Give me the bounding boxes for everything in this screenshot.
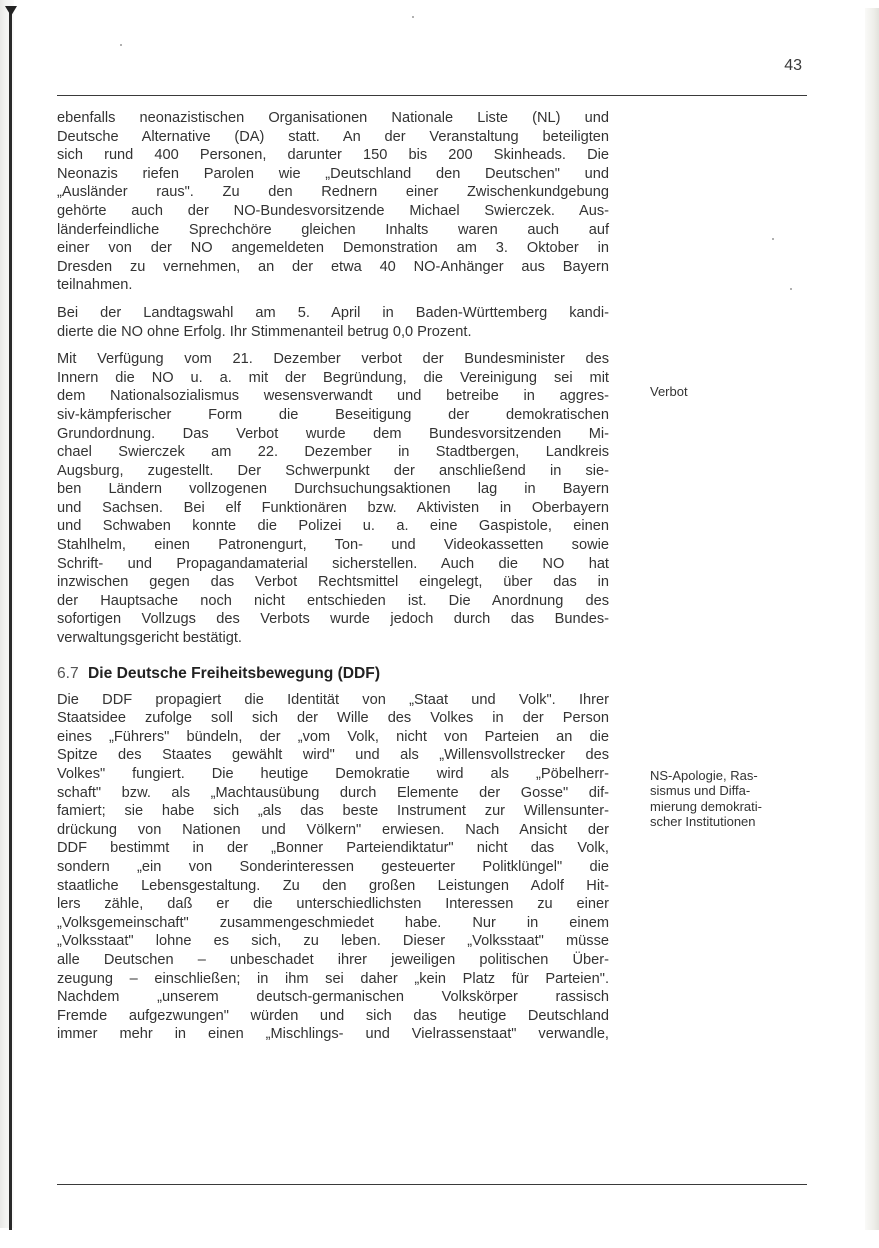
text-line: und Sachsen. Bei elf Funktionären bzw. A… [57, 499, 609, 518]
text-line: chael Swierczek am 22. Dezember in Stadt… [57, 443, 609, 462]
text-line: sofortigen Vollzugs des Verbots wurde je… [57, 610, 609, 629]
margin-note-ns-apologie: NS-Apologie, Ras-sismus und Diffa-mierun… [650, 768, 830, 830]
text-line: Neonazis riefen Parolen wie „Deutschland… [57, 165, 609, 184]
paragraph-1: ebenfalls neonazistischen Organisationen… [57, 109, 609, 295]
text-line: lers zähle, daß er die unterschiedlichst… [57, 895, 609, 914]
text-line: inzwischen gegen das Verbot Rechtsmittel… [57, 573, 609, 592]
text-line: Mit Verfügung vom 21. Dezember verbot de… [57, 350, 609, 369]
text-line: sich rund 400 Personen, darunter 150 bis… [57, 146, 609, 165]
page-number: 43 [760, 57, 802, 75]
header-rule [57, 95, 807, 96]
page-bottom-edge [0, 1230, 879, 1248]
text-line: drückung von Nationen und Völkern" erwie… [57, 821, 609, 840]
margin-note-verbot: Verbot [650, 384, 830, 399]
footer-rule [57, 1184, 807, 1185]
text-line: siv-kämpferischer Form die Beseitigung d… [57, 406, 609, 425]
text-line: einer von der NO angemeldeten Demonstrat… [57, 239, 609, 258]
text-line: Dresden zu vernehmen, an der etwa 40 NO-… [57, 258, 609, 277]
text-line: ebenfalls neonazistischen Organisationen… [57, 109, 609, 128]
page-binding-edge [9, 8, 12, 1230]
text-line: scher Institutionen [650, 814, 830, 829]
text-line: „Volksstaat" lohne es sich, zu leben. Di… [57, 932, 609, 951]
text-line: Stahlhelm, einen Patronengurt, Ton- und … [57, 536, 609, 555]
text-line: dierte die NO ohne Erfolg. Ihr Stimmenan… [57, 323, 609, 342]
text-line: gehörte auch der NO-Bundesvorsitzende Mi… [57, 202, 609, 221]
text-line: famiert; sie habe sich „als das beste In… [57, 802, 609, 821]
paragraph-3: Mit Verfügung vom 21. Dezember verbot de… [57, 350, 609, 648]
section-paragraph: Die DDF propagiert die Identität von „St… [57, 691, 609, 1044]
text-line: eines „Führers" bündeln, der „vom Volk, … [57, 728, 609, 747]
text-line: Staatsidee zufolge soll sich der Wille d… [57, 709, 609, 728]
text-line: mierung demokrati- [650, 799, 830, 814]
text-line: Grundordnung. Das Verbot wurde dem Bunde… [57, 425, 609, 444]
section-title: Die Deutsche Freiheitsbewegung (DDF) [88, 665, 380, 682]
scan-speck [120, 44, 122, 46]
paragraph-2: Bei der Landtagswahl am 5. April in Bade… [57, 304, 609, 341]
section-heading: 6.7 Die Deutsche Freiheitsbewegung (DDF) [57, 664, 609, 684]
text-line: Spitze des Staates gewählt wird" und als… [57, 746, 609, 765]
text-line: Innern die NO u. a. mit der Begründung, … [57, 369, 609, 388]
text-line: „Ausländer raus". Zu den Rednern einer Z… [57, 183, 609, 202]
text-line: NS-Apologie, Ras- [650, 768, 830, 783]
text-line: Augsburg, zugestellt. Der Schwerpunkt de… [57, 462, 609, 481]
text-line: immer mehr in einen „Mischlings- und Vie… [57, 1025, 609, 1044]
section-number: 6.7 [57, 665, 79, 682]
text-line: Deutsche Alternative (DA) statt. An der … [57, 128, 609, 147]
text-line: ben Ländern vollzogenen Durchsuchungsakt… [57, 480, 609, 499]
text-line: Bei der Landtagswahl am 5. April in Bade… [57, 304, 609, 323]
text-line: schaft" bzw. als „Machtausübung durch El… [57, 784, 609, 803]
text-line: Volkes" fungiert. Die heutige Demokratie… [57, 765, 609, 784]
text-line: teilnahmen. [57, 276, 609, 295]
text-line: „Volksgemeinschaft" zusammengeschmiedet … [57, 914, 609, 933]
text-line: DDF bestimmt in der „Bonner Parteiendikt… [57, 839, 609, 858]
text-line: sismus und Diffa- [650, 783, 830, 798]
text-line: Die DDF propagiert die Identität von „St… [57, 691, 609, 710]
text-line: Fremde aufgezwungen" würden und sich das… [57, 1007, 609, 1026]
text-line: dem Nationalsozialismus wesensverwandt u… [57, 387, 609, 406]
text-line: alle Deutschen – unbeschadet ihrer jewei… [57, 951, 609, 970]
text-line: Schrift- und Propagandamaterial sicherst… [57, 555, 609, 574]
text-line: verwaltungsgericht bestätigt. [57, 629, 609, 648]
text-line: und Schwaben konnte die Polizei u. a. ei… [57, 517, 609, 536]
scan-speck [790, 288, 792, 290]
text-line: staatliche Lebensgestaltung. Zu den groß… [57, 877, 609, 896]
text-line: Nachdem „unserem deutsch-germanischen Vo… [57, 988, 609, 1007]
scan-speck [412, 16, 414, 18]
page-binding-corner [5, 6, 17, 16]
text-line: länderfeindliche Sprechchöre gleichen In… [57, 221, 609, 240]
body-column: ebenfalls neonazistischen Organisationen… [57, 109, 609, 1053]
scan-speck [772, 238, 774, 240]
text-line: der Hauptsache noch nicht entschieden is… [57, 592, 609, 611]
text-line: zeugung – einschließen; in ihm sei daher… [57, 970, 609, 989]
text-line: sondern „ein von Sonderinteressen gesteu… [57, 858, 609, 877]
page-right-edge [865, 8, 879, 1230]
text-line: Verbot [650, 384, 830, 399]
